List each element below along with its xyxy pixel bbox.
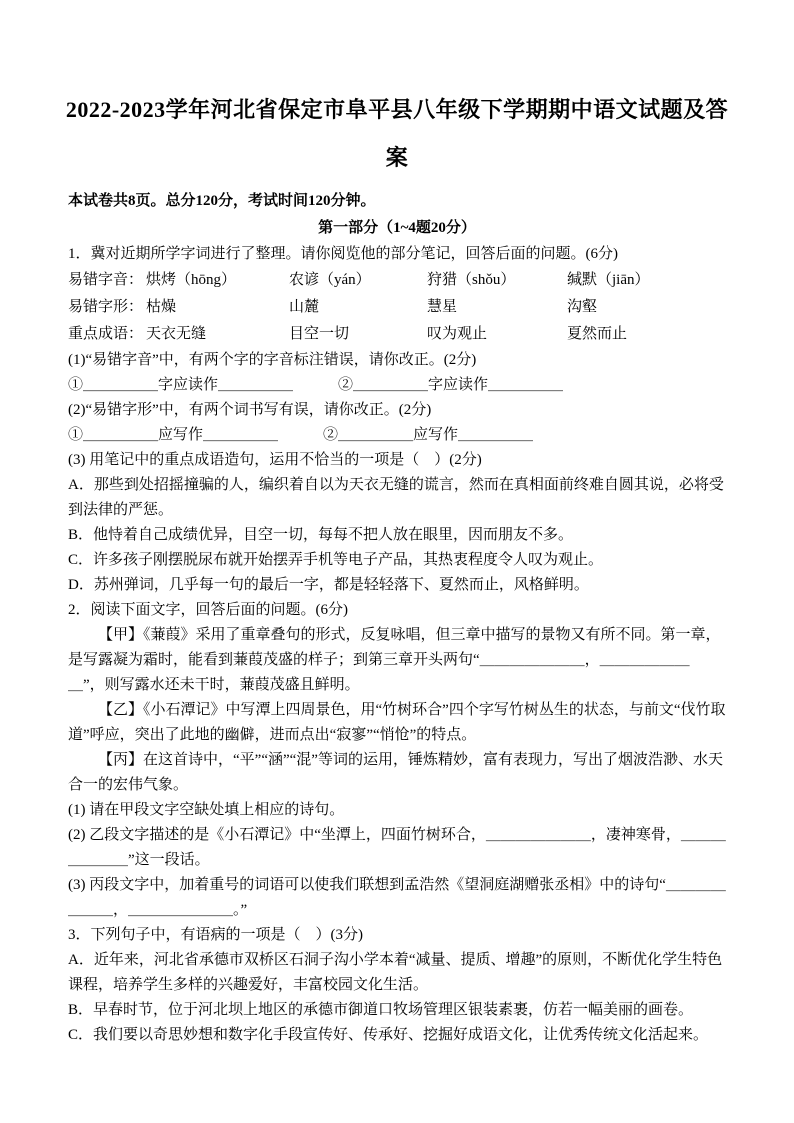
q2-sub2: (2) 乙段文字描述的是《小石潭记》中“坐潭上，四面竹树环合，＿＿＿＿＿＿＿，凄… <box>68 823 726 873</box>
q1-sub2: (2)“易错字形”中，有两个词书写有误，请你改正。(2分) <box>68 398 726 423</box>
q1-option-a: A．那些到处招摇撞骗的人，编织着自以为天衣无缝的谎言，然而在真相面前终难自圆其说… <box>68 473 726 523</box>
q3-option-c: C．我们要以奇思妙想和数字化手段宣传好、传承好、挖掘好成语文化，让优秀传统文化活… <box>68 1023 726 1048</box>
q1-stem: 1．冀对近期所学字词进行了整理。请你阅览他的部分笔记，回答后面的问题。(6分) <box>68 242 726 267</box>
q1-notes-cell: 农谚（yán） <box>289 267 427 294</box>
exam-title: 2022-2023学年河北省保定市阜平县八年级下学期期中语文试题及答案 <box>56 0 738 182</box>
q1-notes-cell: 沟壑 <box>567 294 726 321</box>
q1-option-b: B．他恃着自己成绩优异，目空一切，每每不把人放在眼里，因而朋友不多。 <box>68 523 726 548</box>
q1-notes-cell: 天衣无缝 <box>146 321 289 348</box>
q1-notes-label: 易错字音： <box>68 267 146 294</box>
q1-sub1: (1)“易错字音”中，有两个字的字音标注错误，请你改正。(2分) <box>68 348 726 373</box>
q1-sub3: (3) 用笔记中的重点成语造句，运用不恰当的一项是（ ）(2分) <box>68 448 726 473</box>
q1-notes-cell: 狩猎（shǒu） <box>427 267 567 294</box>
q1-notes-cell: 烘烤（hōng） <box>146 267 289 294</box>
q2-sub1: (1) 请在甲段文字空缺处填上相应的诗句。 <box>68 798 726 823</box>
q1-notes-cell: 目空一切 <box>289 321 427 348</box>
q1-notes-cell: 枯燥 <box>146 294 289 321</box>
section-heading: 第一部分（1~4题20分） <box>68 215 726 242</box>
q2-paragraph-jia: 【甲】《蒹葭》采用了重章叠句的形式，反复咏唱，但三章中描写的景物又有所不同。第一… <box>68 623 726 698</box>
q1-notes-row-pronunciation: 易错字音： 烘烤（hōng） 农谚（yán） 狩猎（shǒu） 缄默（jiān） <box>68 267 726 294</box>
q1-notes-cell: 山麓 <box>289 294 427 321</box>
q1-notes-cell: 缄默（jiān） <box>567 267 726 294</box>
exam-page: 2022-2023学年河北省保定市阜平县八年级下学期期中语文试题及答案 本试卷共… <box>0 0 794 1123</box>
q2-sub3: (3) 丙段文字中，加着重号的词语可以使我们联想到孟浩然《望洞庭湖赠张丞相》中的… <box>68 873 726 923</box>
q2-paragraph-yi: 【乙】《小石潭记》中写潭上四周景色，用“竹树环合”四个字写竹树丛生的状态，与前文… <box>68 698 726 748</box>
q1-option-c: C．许多孩子刚摆脱尿布就开始摆弄手机等电子产品，其热衷程度令人叹为观止。 <box>68 548 726 573</box>
q1-notes-cell: 叹为观止 <box>427 321 567 348</box>
q3-option-a: A．近年来，河北省承德市双桥区石洞子沟小学本着“减量、提质、增趣”的原则，不断优… <box>68 948 726 998</box>
exam-info: 本试卷共8页。总分120分，考试时间120分钟。 <box>68 188 726 215</box>
q1-notes-row-characters: 易错字形： 枯燥 山麓 慧星 沟壑 <box>68 294 726 321</box>
q1-notes-row-idioms: 重点成语： 天衣无缝 目空一切 叹为观止 夏然而止 <box>68 321 726 348</box>
q1-notes-cell: 夏然而止 <box>567 321 726 348</box>
q2-paragraph-bing: 【丙】在这首诗中，“平”“涵”“混”等词的运用，锤炼精妙，富有表现力，写出了烟波… <box>68 748 726 798</box>
q3-option-b: B．早春时节，位于河北坝上地区的承德市御道口牧场管理区银装素裹，仿若一幅美丽的画… <box>68 998 726 1023</box>
q1-notes-cell: 慧星 <box>427 294 567 321</box>
q3-stem: 3．下列句子中，有语病的一项是（ ）(3分) <box>68 923 726 948</box>
q1-notes-label: 重点成语： <box>68 321 146 348</box>
q1-notes-label: 易错字形： <box>68 294 146 321</box>
q1-option-d: D．苏州弹词，几乎每一句的最后一字，都是轻轻落下、夏然而止，风格鲜明。 <box>68 573 726 598</box>
q1-sub1-answer-blanks: ①＿＿＿＿＿字应读作＿＿＿＿＿ ②＿＿＿＿＿字应读作＿＿＿＿＿ <box>68 373 726 398</box>
exam-body: 本试卷共8页。总分120分，考试时间120分钟。 第一部分（1~4题20分） 1… <box>68 188 726 1048</box>
q2-stem: 2．阅读下面文字，回答后面的问题。(6分) <box>68 598 726 623</box>
q1-sub2-answer-blanks: ①＿＿＿＿＿应写作＿＿＿＿＿ ②＿＿＿＿＿应写作＿＿＿＿＿ <box>68 423 726 448</box>
